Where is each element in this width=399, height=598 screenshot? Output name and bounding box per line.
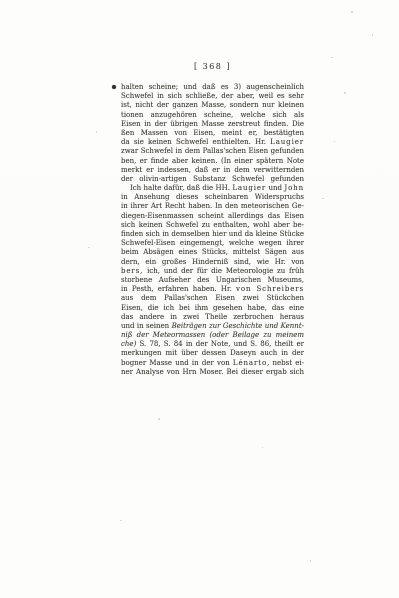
- text-line: aus dem Pallas'schen Eisen zwei Stückche…: [121, 294, 304, 303]
- text-segment: da sie keinen Schwefel enthielten. Hr.: [121, 138, 270, 146]
- text-segment: che): [121, 340, 136, 348]
- text-segment: finden sich in demselben hier und da kle…: [121, 230, 304, 238]
- text-line: das andere in zwei Theile zerbrochen her…: [121, 313, 304, 322]
- text-line: und in seinen Beiträgen zur Geschichte u…: [121, 322, 304, 331]
- text-segment: in Ansehung dieses scheinbaren Widerspru…: [121, 193, 304, 202]
- text-segment: zwar Schwefel in dem Pallas'schen Eisen …: [121, 147, 304, 156]
- text-segment: Eisen in der übrigen Masse zerstreut fin…: [121, 120, 304, 129]
- text-segment: Laugier: [232, 184, 266, 192]
- text-line: ist, nicht der ganzen Masse, sondern nur…: [121, 101, 304, 110]
- ink-dot-artifact: [112, 85, 116, 89]
- scan-speck: [262, 447, 263, 448]
- scan-speck: [322, 198, 324, 199]
- scanned-page: [ 368 ] halten scheine; und daß es 3) au…: [0, 0, 399, 598]
- text-segment: diegen-Eisenmassen scheint allerdings da…: [121, 212, 304, 221]
- text-segment: Schwefel-Eisen eingemengt, welche wegen …: [121, 239, 304, 248]
- scan-speck: [351, 11, 353, 13]
- text-segment: ist, nicht der ganzen Masse, sondern nur…: [121, 101, 304, 110]
- text-block: halten scheine; und daß es 3) augenschei…: [121, 83, 304, 377]
- text-segment: aus dem Pallas'schen Eisen zwei Stückche…: [121, 294, 304, 303]
- text-segment: Lénarto: [233, 359, 267, 367]
- text-segment: ben, er finde aber keinen. (In einer spä…: [121, 157, 304, 166]
- text-segment: , nebst ei-: [267, 359, 304, 367]
- text-line: halten scheine; und daß es 3) augenschei…: [121, 83, 304, 92]
- text-line: niß der Meteormassen (oder Beilage zu me…: [121, 331, 304, 340]
- text-line: ben, er finde aber keinen. (In einer spä…: [121, 157, 304, 166]
- text-line: merkt er indessen, daß er in dem verwitt…: [121, 166, 304, 175]
- text-segment: von Schreibers: [236, 285, 304, 293]
- scan-speck: [310, 560, 311, 562]
- text-line: in Ansehung dieses scheinbaren Widerspru…: [121, 193, 304, 202]
- text-segment: ner Analyse von Hrn Moser. Bei dieser er…: [121, 368, 304, 377]
- text-segment: tionen anzugehören scheine, welche sich …: [121, 111, 304, 120]
- text-line: storbene Aufseher des Ungarischen Museum…: [121, 276, 304, 285]
- text-segment: und: [266, 184, 284, 192]
- text-segment: Schwefel in sich schließe, der aber, wei…: [121, 92, 304, 101]
- text-line: Ich halte dafür, daß die HH. Laugier und…: [121, 184, 304, 193]
- text-line: Schwefel in sich schließe, der aber, wei…: [121, 92, 304, 101]
- text-segment: in Pesth, erfahren haben. Hr.: [121, 285, 236, 293]
- text-segment: ich, und der für die Meteorologie zu frü…: [121, 267, 304, 276]
- text-segment: bers,: [121, 267, 143, 275]
- text-line: da sie keinen Schwefel enthielten. Hr. L…: [121, 138, 304, 147]
- text-segment: Laugier: [270, 138, 304, 146]
- text-line: finden sich in demselben hier und da kle…: [121, 230, 304, 239]
- text-line: Schwefel-Eisen eingemengt, welche wegen …: [121, 239, 304, 248]
- text-segment: Eisen, die ich bei ihm gesehen habe, das…: [121, 304, 304, 313]
- page-number: [ 368 ]: [121, 62, 304, 71]
- text-segment: halten scheine; und daß es 3) augenschei…: [121, 83, 304, 92]
- text-line: ßen Massen von Eisen, meint er, bestätig…: [121, 129, 304, 138]
- text-segment: das andere in zwei Theile zerbrochen her…: [121, 313, 304, 322]
- text-line: bers, ich, und der für die Meteorologie …: [121, 267, 304, 276]
- text-line: zwar Schwefel in dem Pallas'schen Eisen …: [121, 147, 304, 156]
- text-line: dern, ein großes Hinderniß sind, wie Hr.…: [121, 258, 304, 267]
- scan-speck: [372, 34, 373, 36]
- text-line: Eisen, die ich bei ihm gesehen habe, das…: [121, 304, 304, 313]
- text-segment: merkt er indessen, daß er in dem verwitt…: [121, 166, 304, 175]
- text-segment: beim Absägen eines Stücks, mittelst Säge…: [121, 248, 304, 257]
- text-segment: Ich halte dafür, daß die HH.: [130, 184, 232, 192]
- text-segment: merkungen mit über dessen Daseyn auch in…: [121, 349, 304, 358]
- text-line: tionen anzugehören scheine, welche sich …: [121, 111, 304, 120]
- scan-speck: [344, 92, 346, 94]
- text-line: sich keinen Schwefel zu enthalten, wohl …: [121, 221, 304, 230]
- text-line: in Pesth, erfahren haben. Hr. von Schrei…: [121, 285, 304, 294]
- text-segment: und in seinen: [121, 322, 172, 330]
- text-segment: dern, ein großes Hinderniß sind, wie Hr.…: [121, 258, 304, 266]
- text-segment: bogner Masse und in der von: [121, 359, 233, 367]
- text-segment: Beiträgen zur Geschichte und Kennt-: [172, 322, 304, 330]
- text-line: beim Absägen eines Stücks, mittelst Säge…: [121, 248, 304, 257]
- scan-speck: [96, 131, 97, 133]
- scan-speck: [88, 247, 90, 248]
- text-line: ner Analyse von Hrn Moser. Bei dieser er…: [121, 368, 304, 377]
- text-segment: John: [284, 184, 304, 192]
- text-line: in ihrer Art Recht haben. In den meteori…: [121, 202, 304, 211]
- text-segment: in ihrer Art Recht haben. In den meteori…: [121, 202, 304, 210]
- text-line: diegen-Eisenmassen scheint allerdings da…: [121, 212, 304, 221]
- scan-speck: [331, 57, 333, 58]
- scan-speck: [334, 141, 335, 142]
- text-segment: storbene Aufseher des Ungarischen Museum…: [121, 276, 304, 284]
- text-line: Eisen in der übrigen Masse zerstreut fin…: [121, 120, 304, 129]
- text-line: der olivin-artigen Substanz Schwefel gef…: [121, 175, 304, 184]
- text-segment: der olivin-artigen Substanz Schwefel gef…: [121, 175, 304, 184]
- text-segment: S. 78, S. 84 in der Note, und S. 86, the…: [121, 340, 304, 349]
- text-line: merkungen mit über dessen Daseyn auch in…: [121, 349, 304, 358]
- text-line: bogner Masse und in der von Lénarto, neb…: [121, 359, 304, 368]
- text-line: che) S. 78, S. 84 in der Note, und S. 86…: [121, 340, 304, 349]
- text-segment: niß der Meteormassen (oder Beilage zu me…: [121, 331, 304, 340]
- text-segment: sich keinen Schwefel zu enthalten, wohl …: [121, 221, 304, 229]
- scan-speck: [158, 418, 160, 420]
- text-segment: ßen Massen von Eisen, meint er, bestätig…: [121, 129, 304, 138]
- scan-speck: [120, 520, 122, 521]
